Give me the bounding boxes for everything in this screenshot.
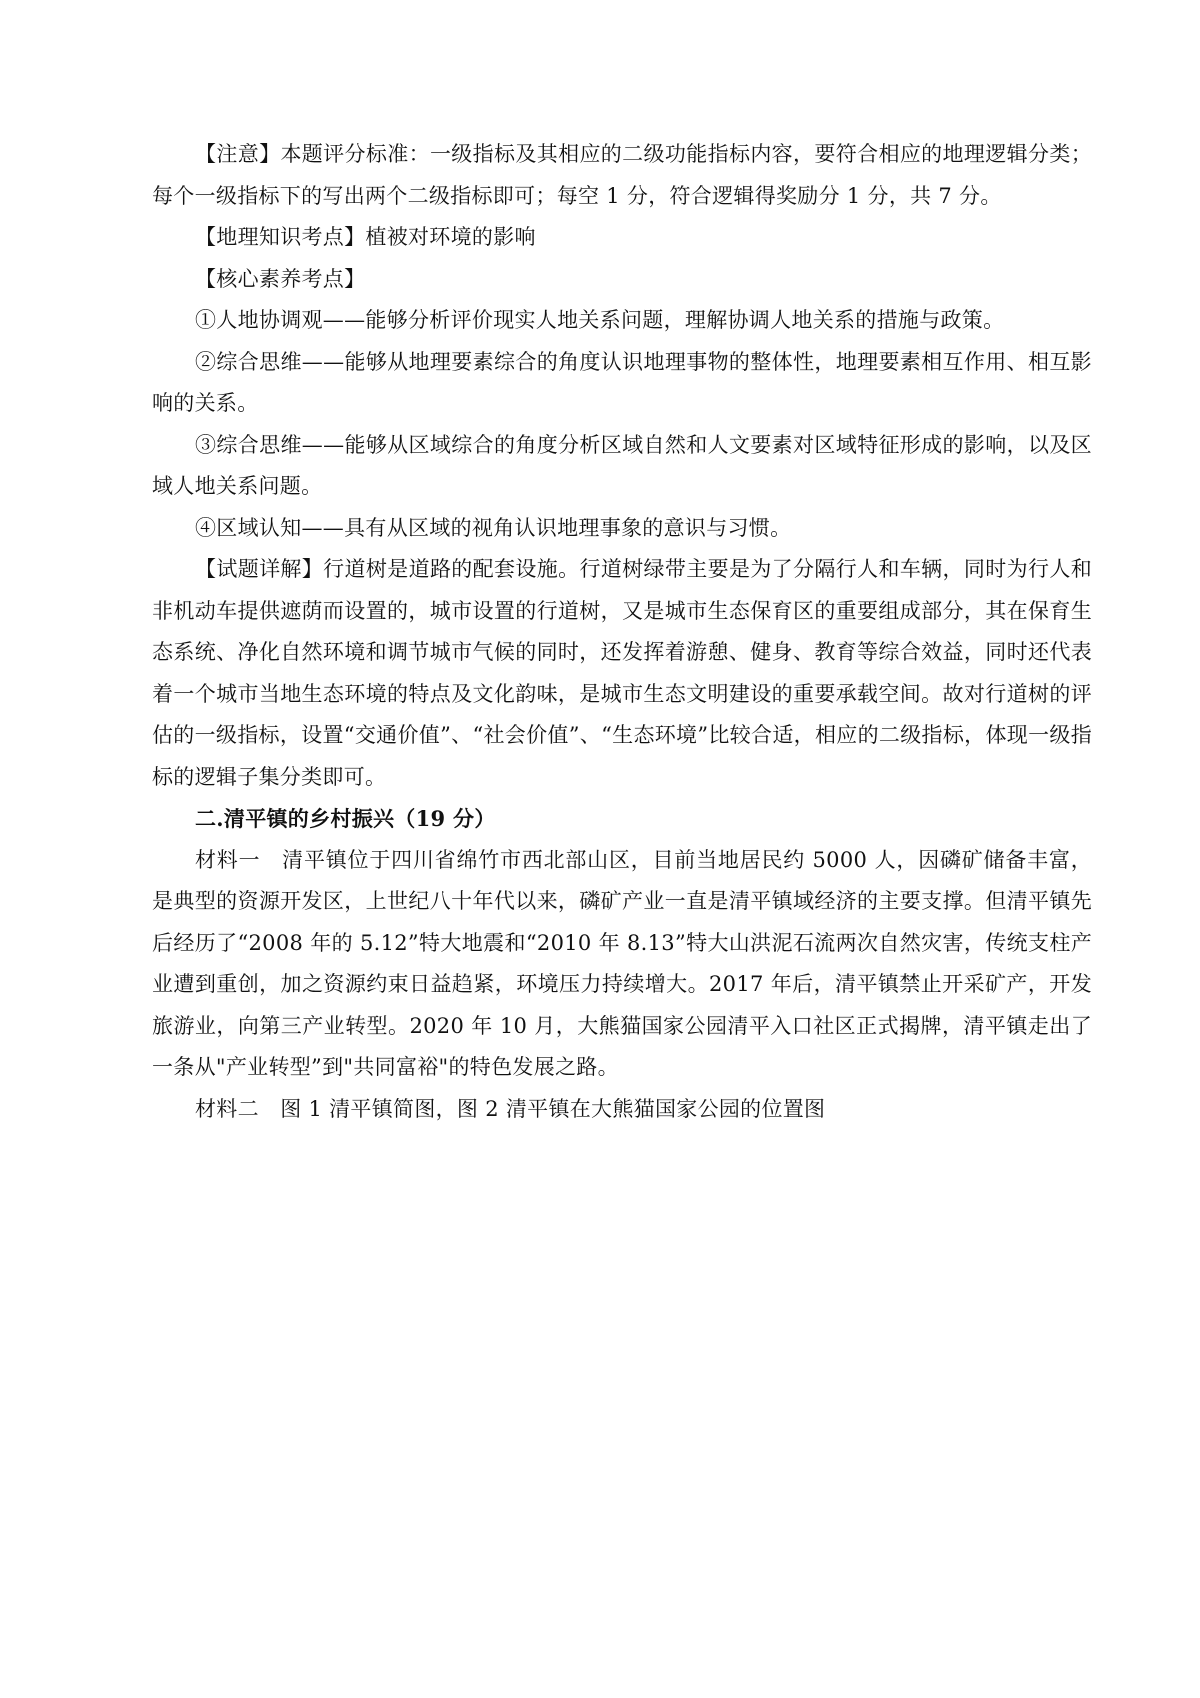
knowledge-point-label: 【地理知识考点】 bbox=[195, 225, 365, 249]
note-label: 【注意】 bbox=[195, 142, 280, 166]
note-paragraph: 【注意】本题评分标准：一级指标及其相应的二级功能指标内容，要符合相应的地理逻辑分… bbox=[152, 134, 1092, 217]
material-1-text: 清平镇位于四川省绵竹市西北部山区，目前当地居民约 5000 人，因磷矿储备丰富，… bbox=[152, 848, 1092, 1080]
material-2-text: 图 1 清平镇简图，图 2 清平镇在大熊猫国家公园的位置图 bbox=[280, 1097, 825, 1121]
core-literacy-item-1: ①人地协调观——能够分析评价现实人地关系问题，理解协调人地关系的措施与政策。 bbox=[152, 300, 1092, 342]
explanation-label: 【试题详解】 bbox=[195, 557, 323, 581]
knowledge-point-text: 植被对环境的影响 bbox=[365, 225, 535, 249]
core-literacy-item-2: ②综合思维——能够从地理要素综合的角度认识地理事物的整体性，地理要素相互作用、相… bbox=[152, 342, 1092, 425]
explanation-paragraph: 【试题详解】行道树是道路的配套设施。行道树绿带主要是为了分隔行人和车辆，同时为行… bbox=[152, 549, 1092, 798]
material-2-label: 材料二 bbox=[195, 1097, 259, 1121]
material-2-paragraph: 材料二 图 1 清平镇简图，图 2 清平镇在大熊猫国家公园的位置图 bbox=[152, 1089, 1092, 1131]
core-literacy-heading: 【核心素养考点】 bbox=[152, 259, 1092, 301]
core-literacy-item-3: ③综合思维——能够从区域综合的角度分析区域自然和人文要素对区域特征形成的影响，以… bbox=[152, 425, 1092, 508]
section-2-heading: 二.清平镇的乡村振兴（19 分） bbox=[152, 798, 1092, 840]
material-1-paragraph: 材料一 清平镇位于四川省绵竹市西北部山区，目前当地居民约 5000 人，因磷矿储… bbox=[152, 840, 1092, 1089]
knowledge-point-paragraph: 【地理知识考点】植被对环境的影响 bbox=[152, 217, 1092, 259]
note-text: 本题评分标准：一级指标及其相应的二级功能指标内容，要符合相应的地理逻辑分类；每个… bbox=[152, 142, 1092, 208]
document-page: 【注意】本题评分标准：一级指标及其相应的二级功能指标内容，要符合相应的地理逻辑分… bbox=[152, 134, 1092, 1130]
material-1-label: 材料一 bbox=[195, 848, 260, 872]
explanation-text: 行道树是道路的配套设施。行道树绿带主要是为了分隔行人和车辆，同时为行人和非机动车… bbox=[152, 557, 1092, 789]
core-literacy-item-4: ④区域认知——具有从区域的视角认识地理事象的意识与习惯。 bbox=[152, 508, 1092, 550]
